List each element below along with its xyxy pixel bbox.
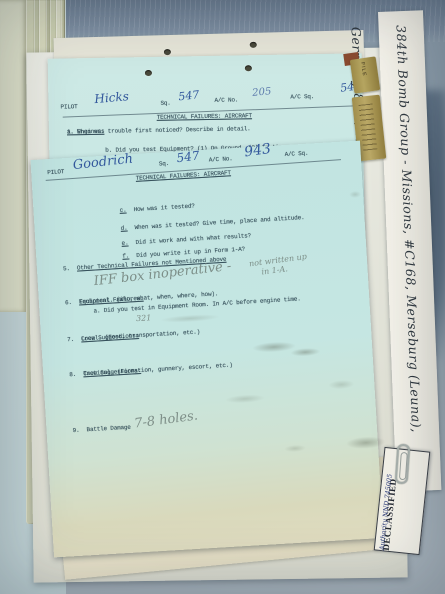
aircraft-squadron-label: A/C Sq. <box>290 94 314 101</box>
question-label: d. <box>121 226 128 233</box>
squadron-label: Sq. <box>160 101 170 108</box>
form-title: TECHNICAL FAILURES: AIRCRAFT <box>157 113 252 121</box>
pencil-smudge <box>284 444 306 452</box>
punch-hole <box>250 42 257 48</box>
aircraft-squadron-label: A/C Sq. <box>284 151 308 159</box>
item7-rest: Local. (Food, transportation, etc.) <box>81 329 200 343</box>
item5-number: 5. <box>63 266 70 273</box>
punch-hole <box>245 65 252 71</box>
pilot-name-handwritten: Hicks <box>94 89 130 106</box>
squadron-value-handwritten: 547 <box>176 148 201 165</box>
item8-rest: Tactical. (Formation, gunnery, escort, e… <box>83 363 233 378</box>
pencil-smudge <box>225 394 265 404</box>
aircraft-number-label: A/C No. <box>214 97 238 104</box>
squadron-label: Sq. <box>159 161 170 168</box>
pencil-smudge <box>290 347 320 357</box>
paperclip <box>395 444 411 485</box>
pencil-smudge <box>349 191 361 199</box>
item7-number: 7. <box>67 337 74 344</box>
question-label: c. <box>119 208 126 215</box>
question-engines-rest: a. When was trouble first noticed? Descr… <box>67 126 251 136</box>
index-tab-label: FILE <box>359 62 367 77</box>
archival-photo: PILOT Hicks Sq. 547 A/C No. 205 A/C Sq. … <box>0 0 445 594</box>
punch-hole <box>164 49 171 55</box>
form-page-goodrich: PILOT Goodrich Sq. 547 A/C No. 943 A/C S… <box>30 141 383 558</box>
pilot-label: PILOT <box>47 169 64 177</box>
item9-number: 9. <box>72 428 79 435</box>
punch-hole <box>145 70 152 76</box>
question-text: Did it work and with what results? <box>135 233 251 246</box>
item6-number: 6. <box>65 300 72 307</box>
question-text: How was it tested? <box>133 203 195 213</box>
item9-text: Battle Damage <box>86 425 131 434</box>
aircraft-number-value-handwritten: 943 <box>243 141 272 161</box>
item5-note-handwritten: in 1-A. <box>261 264 288 276</box>
paper-stack-top-page <box>0 0 28 312</box>
pilot-label: PILOT <box>60 104 77 111</box>
item6-note-handwritten: 321 <box>136 313 152 323</box>
item9-note-handwritten: 7-8 holes. <box>133 408 198 431</box>
index-tab-file: FILE <box>350 56 380 93</box>
question-label: e. <box>121 240 128 247</box>
aircraft-number-value-handwritten: 205 <box>252 86 272 99</box>
aircraft-number-label: A/C No. <box>209 156 233 164</box>
squadron-value-handwritten: 547 <box>178 88 200 103</box>
question-label: f. <box>122 253 129 260</box>
question-text: When was it tested? Give time, place and… <box>135 215 305 232</box>
pencil-smudge <box>328 379 354 390</box>
item8-number: 8. <box>69 372 76 379</box>
pencil-smudge <box>160 313 220 324</box>
